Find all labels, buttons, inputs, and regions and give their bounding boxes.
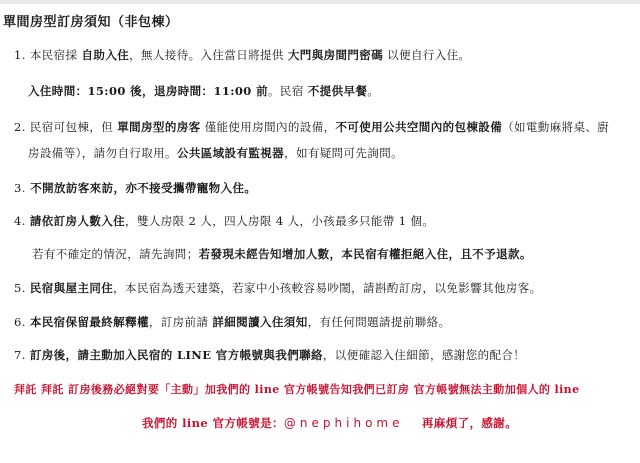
checkin-checkout-time: 入住時間：15:00 後，退房時間：11:00 前 <box>28 84 268 98</box>
rule-number: 1. <box>14 48 26 62</box>
notice-line-1: 拜託 拜託 訂房後務必絕對要「主動」加我們的 line 官方帳號告知我們已訂房 … <box>14 381 579 397</box>
text: ，訂房前請 <box>149 315 209 329</box>
text: 我們的 line 官方帳號是： <box>142 416 284 430</box>
text: 。民宿 <box>268 84 304 98</box>
highlight-single-room-guest: 單間房型的房客 <box>117 120 200 134</box>
rule-4: 4. 請依訂房人數入住，雙人房限 2 人，四人房限 4 人，小孩最多只能帶 1 … <box>14 213 434 229</box>
text: （如電動麻將桌、廚 <box>502 120 609 134</box>
notice-line-2: 我們的 line 官方帳號是：@nephihome 再麻煩了，感謝。 <box>142 415 517 431</box>
top-border <box>0 0 640 4</box>
text: ，以便確認入住細節，感謝您的配合！ <box>323 348 525 362</box>
rule-1: 1. 本民宿採 自助入住，無人接待。入住當日將提供 大門與房間門密碼 以便自行入… <box>14 47 470 63</box>
highlight-self-checkin: 自助入住 <box>82 48 130 62</box>
text: 僅能使用房間內的設備， <box>205 120 336 134</box>
rule-2: 2. 民宿可包棟，但 單間房型的房客 僅能使用房間內的設備，不可使用公共空間內的… <box>14 119 609 135</box>
rule-2-continued: 房設備等），請勿自行取用。公共區域設有監視器，如有疑問可先詢問。 <box>28 145 403 161</box>
rule-6: 6. 本民宿保留最終解釋權，訂房前請 詳細閱讀入住須知，有任何問題請提前聯絡。 <box>14 314 450 330</box>
rule-5: 5. 民宿與屋主同住，本民宿為透天建築，若家中小孩較容易吵鬧，請斟酌訂房，以免影… <box>14 280 542 296</box>
text: 若有不確定的情況，請先詢問； <box>32 247 199 261</box>
rule-3: 3. 不開放訪客來訪，亦不接受攜帶寵物入住。 <box>14 180 256 196</box>
highlight-no-public-space: 不可使用公共空間內的包棟設備 <box>336 120 503 134</box>
text: 房設備等），請勿自行取用。 <box>28 146 177 160</box>
rule-number: 3. <box>14 181 26 195</box>
rule-number: 2. <box>14 120 26 134</box>
text: 再麻煩了，感謝。 <box>422 416 517 430</box>
text: ，雙人房限 2 人，四人房限 4 人，小孩最多只能帶 1 個。 <box>125 214 434 228</box>
highlight-final-right: 本民宿保留最終解釋權 <box>30 315 149 329</box>
highlight-owner-lives: 民宿與屋主同住 <box>30 281 113 295</box>
checkin-times: 入住時間：15:00 後，退房時間：11:00 前。民宿 不提供早餐。 <box>28 83 379 99</box>
highlight-guest-count: 請依訂房人數入住 <box>30 214 125 228</box>
page-title: 單間房型訂房須知（非包棟） <box>3 11 179 30</box>
text: 以便自行入住。 <box>387 48 470 62</box>
text: 本民宿採 <box>30 48 78 62</box>
highlight-cctv: 公共區域設有監視器 <box>177 146 284 160</box>
no-breakfast: 不提供早餐 <box>308 84 368 98</box>
highlight-no-refund: 若發現未經告知增加人數，本民宿有權拒絕入住，且不予退款。 <box>199 247 532 261</box>
text: ，本民宿為透天建築，若家中小孩較容易吵鬧，請斟酌訂房，以免影響其他房客。 <box>113 281 541 295</box>
text: 。 <box>367 84 379 98</box>
rule-4-sub: 若有不確定的情況，請先詢問；若發現未經告知增加人數，本民宿有權拒絕入住，且不予退… <box>32 246 532 262</box>
rule-number: 4. <box>14 214 26 228</box>
rule-number: 7. <box>14 348 26 362</box>
highlight-read-notice: 詳細閱讀入住須知 <box>212 315 307 329</box>
rule-number: 6. <box>14 315 26 329</box>
line-account-handle: @nephihome <box>284 416 404 430</box>
rule-number: 5. <box>14 281 26 295</box>
text: ，無人接待。入住當日將提供 <box>129 48 284 62</box>
highlight-add-line: 訂房後，請主動加入民宿的 LINE 官方帳號與我們聯絡 <box>30 348 323 362</box>
highlight-door-code: 大門與房間門密碼 <box>288 48 383 62</box>
text: 民宿可包棟，但 <box>30 120 113 134</box>
rule-7: 7. 訂房後，請主動加入民宿的 LINE 官方帳號與我們聯絡，以便確認入住細節，… <box>14 347 525 363</box>
text: ，有任何問題請提前聯絡。 <box>308 315 451 329</box>
text: ，如有疑問可先詢問。 <box>284 146 403 160</box>
text: 不開放訪客來訪，亦不接受攜帶寵物入住。 <box>30 181 256 195</box>
